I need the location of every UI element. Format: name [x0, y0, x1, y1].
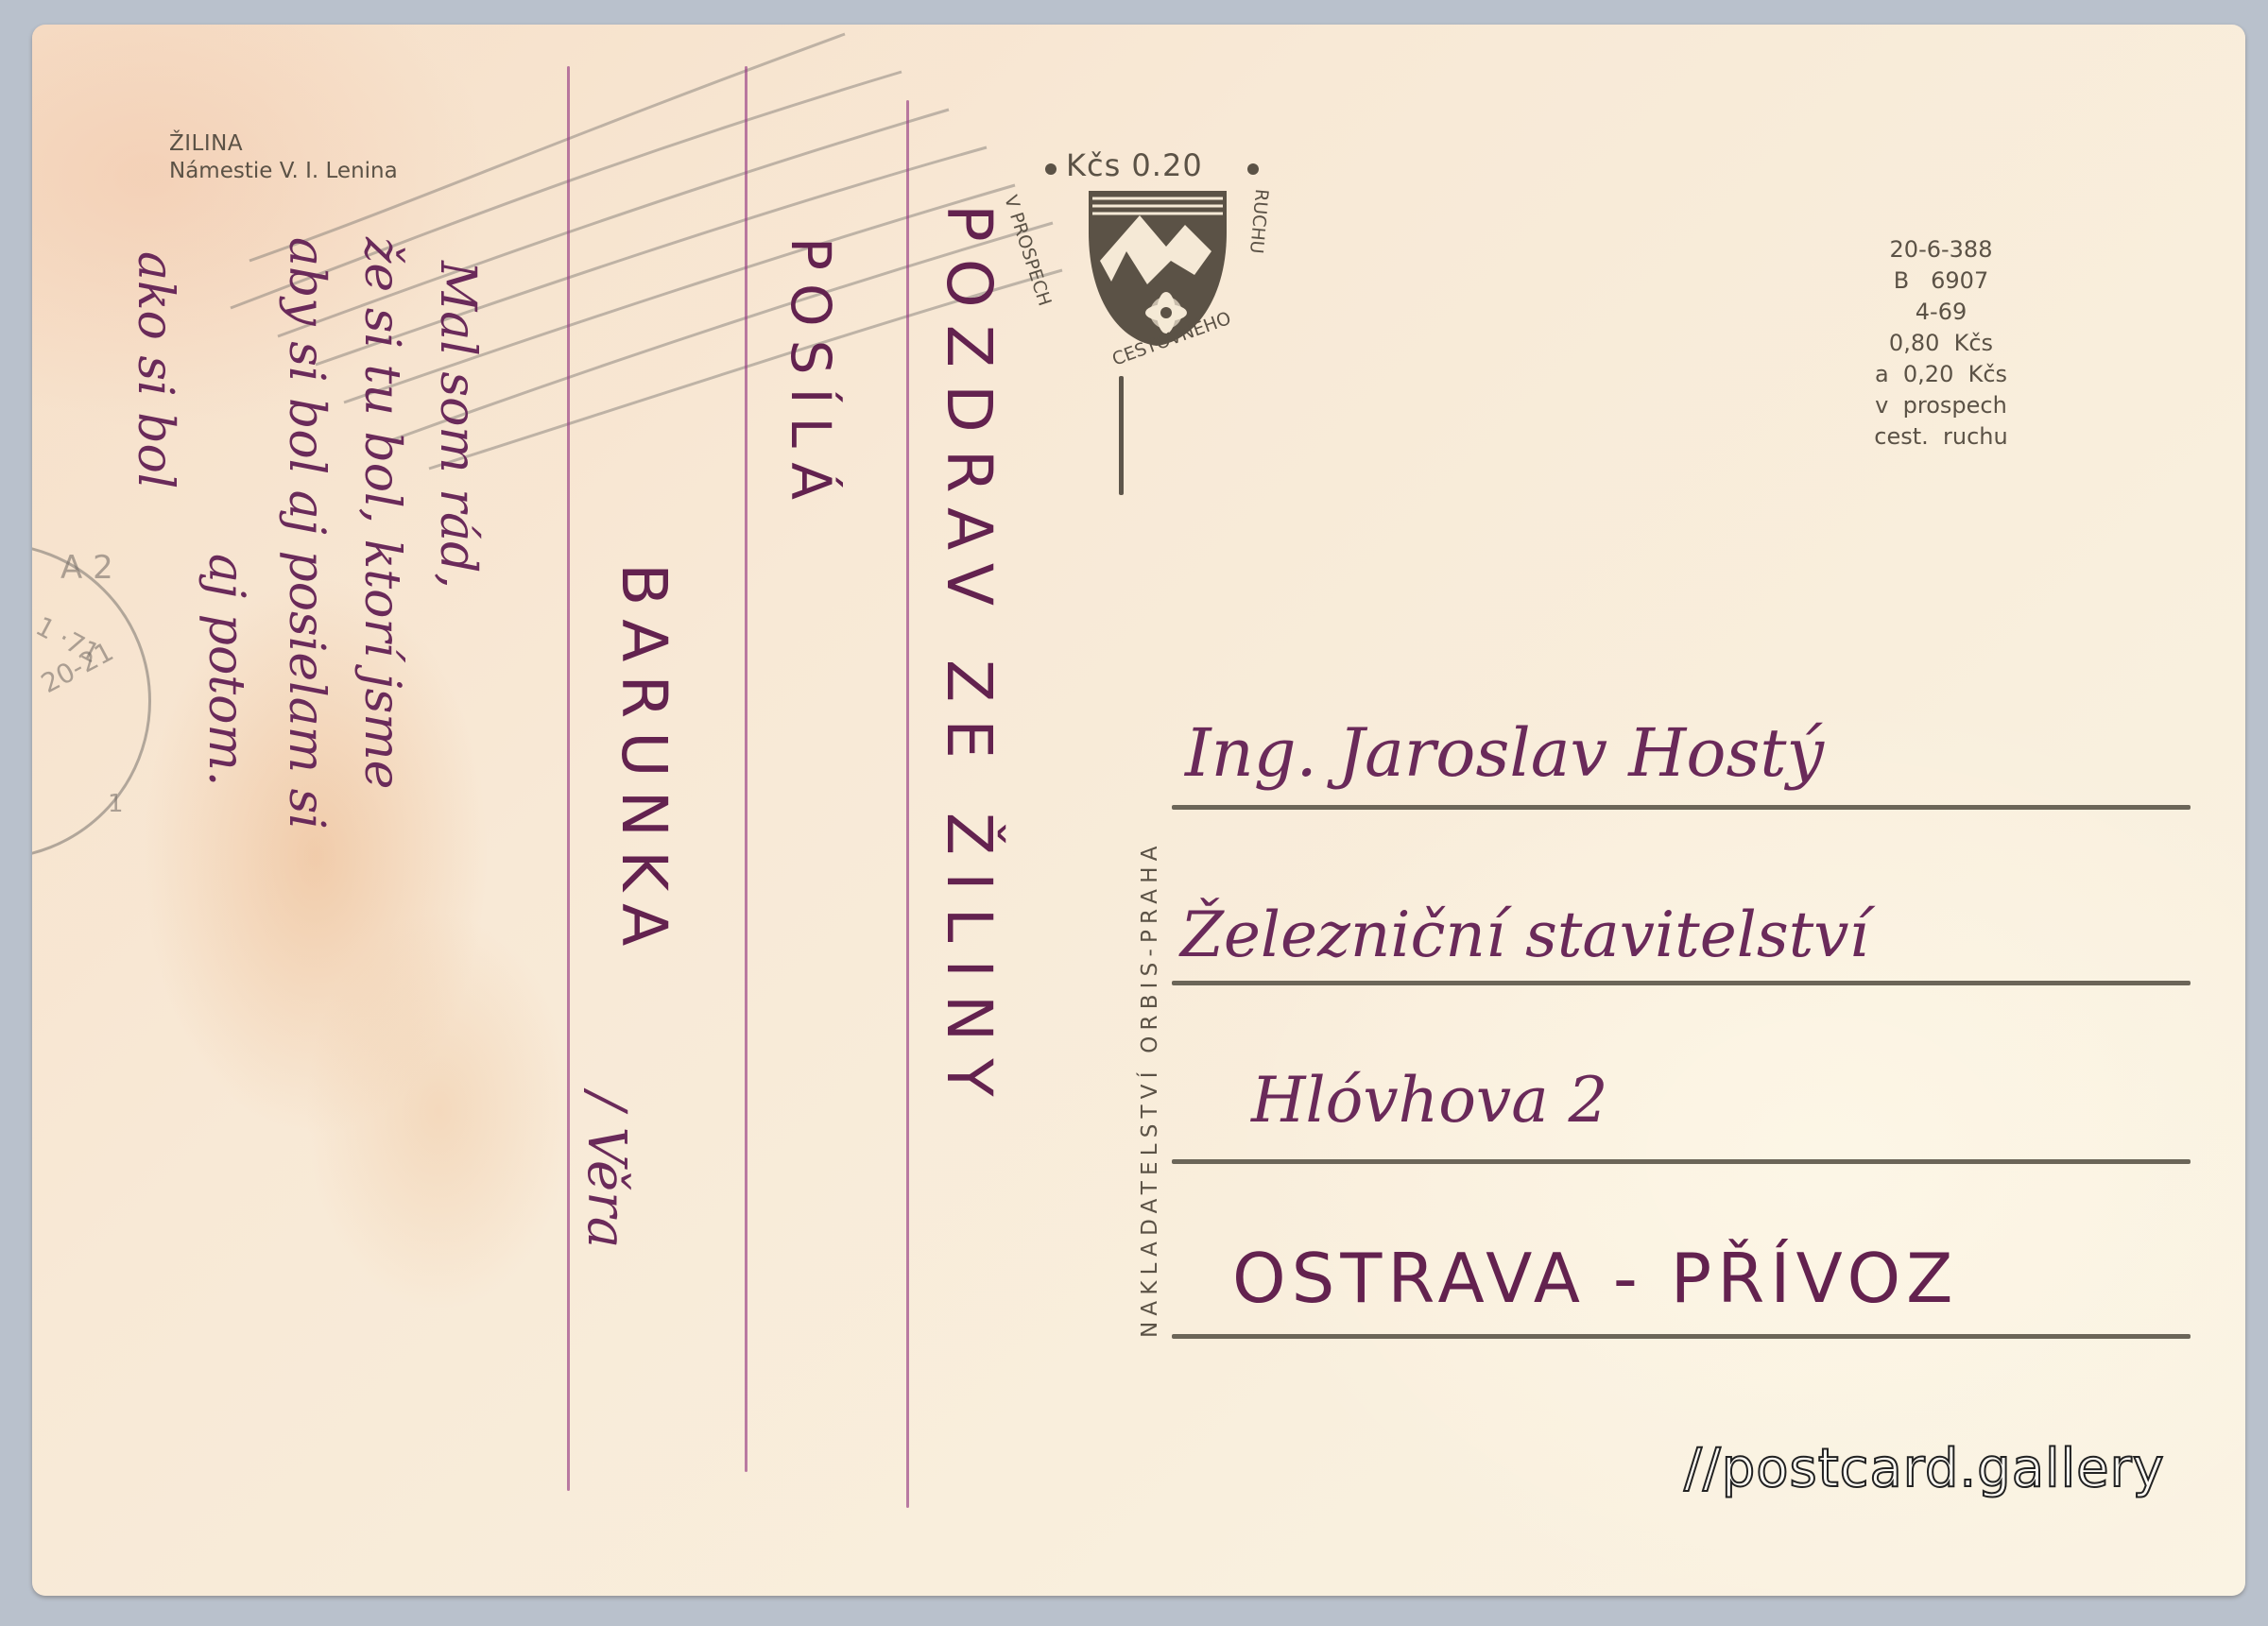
divider-line	[1119, 376, 1124, 495]
postmark-bottom: 1	[108, 790, 124, 818]
ruled-line-right	[906, 100, 909, 1508]
print-info-line: B 6907	[1809, 265, 2073, 297]
caption-city: ŽILINA	[169, 131, 243, 156]
address-company: Železniční stavitelství	[1180, 899, 1869, 971]
address-rule-4	[1172, 1334, 2191, 1339]
address-city: OSTRAVA - PŘÍVOZ	[1232, 1239, 1958, 1318]
address-rule-2	[1172, 981, 2191, 985]
message-line: Mal som rád,	[429, 261, 486, 589]
address-rule-1	[1172, 805, 2191, 810]
sender-name: BARUNKA	[608, 563, 680, 959]
publisher-imprint: NAKLADATELSTVÍ ORBIS-PRAHA	[1138, 840, 1162, 1338]
ruled-line-middle	[745, 66, 747, 1472]
print-info-line: cest. ruchu	[1809, 421, 2073, 453]
message-line: ako si bol	[127, 251, 183, 488]
signature: / Věra	[576, 1092, 637, 1248]
printed-stamp: Kčs 0.20 V PROSPECH CESTOVNÉHO RUCHU	[1005, 119, 1280, 393]
print-info-line: 20-6-388	[1809, 234, 2073, 265]
print-info-line: v prospech	[1809, 390, 2073, 421]
postcard-back: ŽILINA Námestie V. I. Lenina	[32, 25, 2245, 1596]
greeting-sender-verb: POSÍLÁ	[779, 237, 843, 513]
message-line: aj potom.	[198, 554, 254, 786]
postmark-top: A 2	[60, 549, 113, 587]
message-line: aby si bol aj posielam si	[278, 237, 335, 830]
address-street: Hlóvhova 2	[1251, 1064, 1608, 1137]
print-info: 20-6-388 B 6907 4-69 0,80 Kčs a 0,20 Kčs…	[1809, 234, 2073, 453]
address-rule-3	[1172, 1159, 2191, 1164]
print-info-line: 4-69	[1809, 297, 2073, 328]
print-info-line: a 0,20 Kčs	[1809, 359, 2073, 390]
stamp-value: Kčs 0.20	[1066, 147, 1203, 183]
watermark-logo: //postcard.gallery	[1684, 1438, 2165, 1499]
address-name: Ing. Jaroslav Hostý	[1185, 714, 1824, 792]
greeting-text: POZDRAV ZE ŽILINY	[933, 204, 1005, 1114]
caption-place: Námestie V. I. Lenina	[169, 159, 398, 183]
print-info-line: 0,80 Kčs	[1809, 328, 2073, 359]
message-line: že si tu bol, ktorí jsme	[353, 237, 410, 789]
ruled-line-left	[567, 66, 570, 1491]
